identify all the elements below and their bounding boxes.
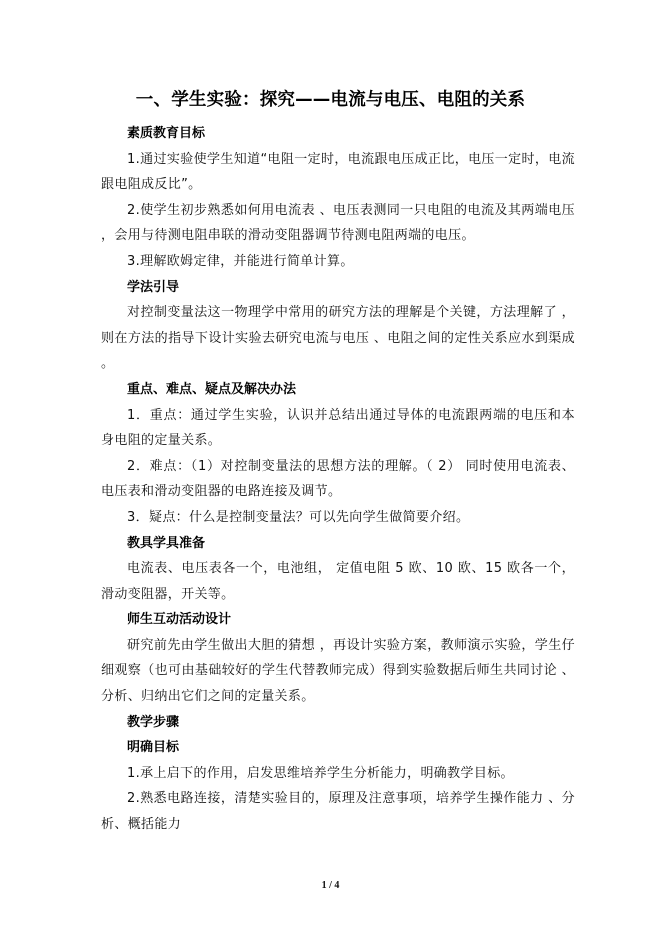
- document-body: 素质教育目标 1.通过实验使学生知道“电阻一定时，电流跟电压成正比，电压一定时，…: [101, 121, 575, 838]
- section-heading-study-guide: 学法引导: [101, 275, 575, 301]
- paragraph: 电流表、电压表各一个，电池组， 定值电阻 5 欧、10 欧、15 欧各一个，滑动…: [101, 556, 575, 607]
- document-page: 一、学生实验：探究——电流与电压、电阻的关系 素质教育目标 1.通过实验使学生知…: [0, 0, 661, 936]
- paragraph: 2．难点：（1）对控制变量法的思想方法的理解。（ 2） 同时使用电流表、电压表和…: [101, 454, 575, 505]
- section-heading-key-points: 重点、难点、疑点及解决办法: [101, 377, 575, 403]
- paragraph: 3.理解欧姆定律，并能进行简单计算。: [101, 249, 575, 275]
- paragraph: 2.使学生初步熟悉如何用电流表 、电压表测同一只电阻的电流及其两端电压 ，会用与…: [101, 198, 575, 249]
- paragraph: 1.通过实验使学生知道“电阻一定时，电流跟电压成正比，电压一定时，电流跟电阻成反…: [101, 147, 575, 198]
- section-heading-interaction-design: 师生互动活动设计: [101, 607, 575, 633]
- paragraph: 3．疑点：什么是控制变量法？可以先向学生做简要介绍。: [101, 505, 575, 531]
- section-heading-materials: 教具学具准备: [101, 531, 575, 557]
- paragraph: 2.熟悉电路连接，清楚实验目的，原理及注意事项，培养学生操作能力 、分析、概括能…: [101, 786, 575, 837]
- paragraph: 1.承上启下的作用，启发思维培养学生分析能力，明确教学目标。: [101, 761, 575, 787]
- section-heading-quality-goals: 素质教育目标: [101, 121, 575, 147]
- section-heading-teaching-steps: 教学步骤: [101, 710, 575, 736]
- section-heading-clear-goals: 明确目标: [101, 735, 575, 761]
- page-indicator: 1 / 4: [0, 880, 661, 891]
- paragraph: 对控制变量法这一物理学中常用的研究方法的理解是个关键，方法理解了 ，则在方法的指…: [101, 300, 575, 377]
- document-title: 一、学生实验：探究——电流与电压、电阻的关系: [0, 86, 661, 111]
- paragraph: 研究前先由学生做出大胆的猜想 ，再设计实验方案，教师演示实验，学生仔细观察（也可…: [101, 633, 575, 710]
- paragraph: 1．重点：通过学生实验，认识并总结出通过导体的电流跟两端的电压和本身电阻的定量关…: [101, 403, 575, 454]
